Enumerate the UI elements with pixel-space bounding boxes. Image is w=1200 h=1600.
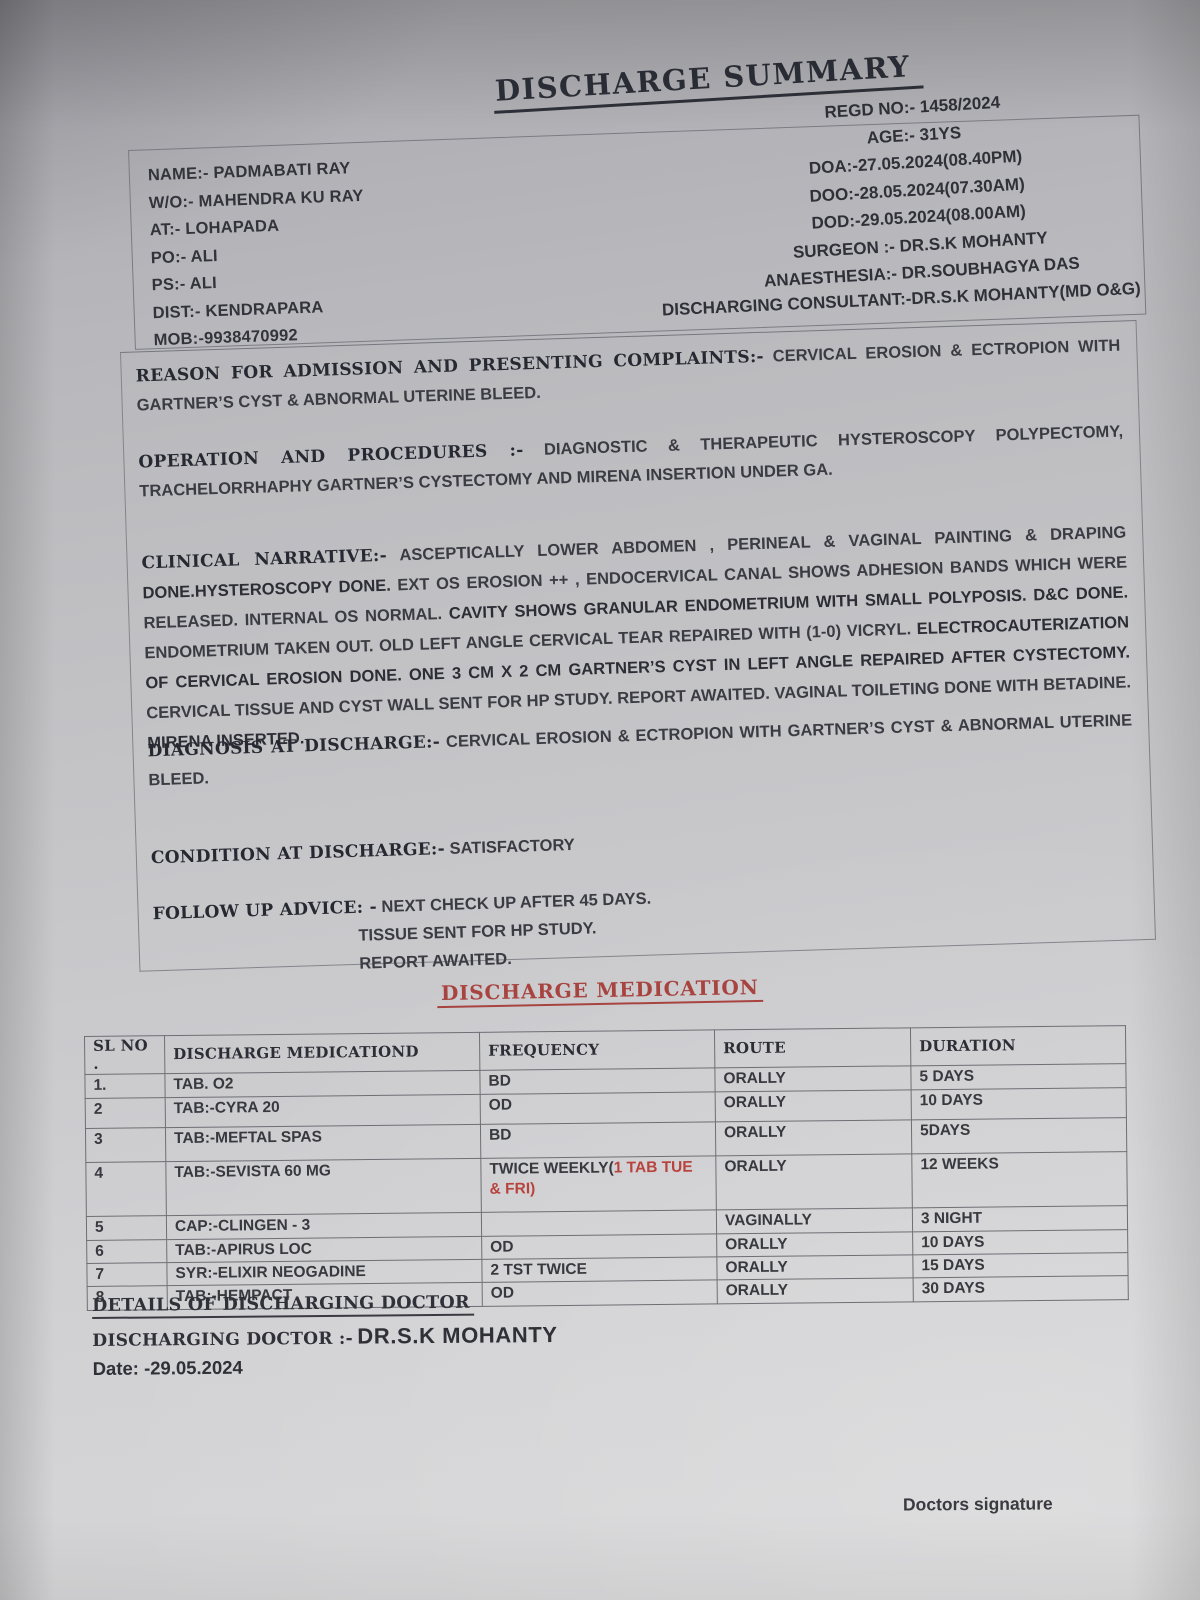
cell-duration: 12 WEEKS: [912, 1152, 1128, 1208]
condition-paragraph: CONDITION AT DISCHARGE:- SATISFACTORY: [150, 813, 1135, 873]
followup-line: NEXT CHECK UP AFTER 45 DAYS.: [381, 890, 651, 916]
cell-route: VAGINALLY: [716, 1208, 912, 1234]
cell-route: ORALLY: [717, 1255, 913, 1280]
scanned-discharge-summary: DISCHARGE SUMMARY NAME:- PADMABATI RAY W…: [0, 0, 1200, 1600]
col-duration-header: DURATION: [910, 1026, 1125, 1066]
discharging-doctor-name: DR.S.K MOHANTY: [357, 1322, 558, 1349]
frequency-text: 2 TST TWICE: [490, 1261, 587, 1279]
medication-table: SL NO . DISCHARGE MEDICATIOND FREQUENCY …: [84, 1025, 1129, 1311]
cell-duration: 15 DAYS: [913, 1253, 1128, 1278]
cell-route: ORALLY: [715, 1066, 911, 1092]
cell-medication: TAB. O2: [165, 1070, 480, 1097]
cell-duration: 5DAYS: [911, 1118, 1126, 1154]
discharging-doctor-line: DISCHARGING DOCTOR :- DR.S.K MOHANTY: [92, 1322, 558, 1352]
clinical-sections-box: REASON FOR ADMISSION AND PRESENTING COMP…: [120, 320, 1156, 972]
patient-info-block: NAME:- PADMABATI RAY W/O:- MAHENDRA KU R…: [147, 155, 368, 355]
cell-duration: 3 NIGHT: [912, 1206, 1127, 1232]
col-frequency-header: FREQUENCY: [479, 1030, 714, 1070]
frequency-text: BD: [488, 1073, 511, 1090]
cell-frequency: BD: [480, 1068, 715, 1094]
cell-route: ORALLY: [715, 1120, 911, 1156]
cell-medication: TAB:-CYRA 20: [165, 1094, 480, 1127]
details-of-discharging-doctor-heading: DETAILS OF DISCHARGING DOCTOR: [92, 1293, 474, 1319]
cell-serial: 5: [86, 1216, 166, 1241]
discharging-doctor-label: DISCHARGING DOCTOR :-: [92, 1329, 353, 1351]
discharge-date-line: Date: -29.05.2024: [93, 1354, 558, 1380]
col-route-header: ROUTE: [714, 1028, 910, 1068]
condition-heading: CONDITION AT DISCHARGE:-: [151, 839, 446, 868]
cell-duration: 5 DAYS: [911, 1064, 1126, 1090]
cell-serial: 1.: [85, 1074, 165, 1099]
header-box: NAME:- PADMABATI RAY W/O:- MAHENDRA KU R…: [128, 115, 1146, 350]
followup-advice-block: FOLLOW UP ADVICE: - NEXT CHECK UP AFTER …: [152, 869, 1139, 984]
cell-frequency: 2 TST TWICE: [482, 1257, 717, 1282]
cell-serial: 3: [85, 1128, 165, 1163]
cell-duration: 10 DAYS: [913, 1230, 1128, 1255]
narrative-segment: DONE.HYSTEROSCOPY DONE.: [142, 576, 397, 602]
cell-medication: TAB:-MEFTAL SPAS: [165, 1124, 480, 1161]
frequency-text: TWICE WEEKLY(: [489, 1159, 613, 1177]
registration-info-block: REGD NO:- 1458/2024 AGE:- 31YS DOA:-27.0…: [726, 83, 1108, 297]
cell-route: ORALLY: [715, 1090, 911, 1122]
doctors-signature-label: Doctors signature: [903, 1493, 1053, 1515]
cell-frequency: BD: [480, 1122, 715, 1158]
frequency-text: OD: [489, 1097, 512, 1114]
condition-body: SATISFACTORY: [449, 836, 575, 858]
discharge-medication-heading: DISCHARGE MEDICATION: [0, 978, 1200, 1005]
cell-serial: 4: [86, 1162, 167, 1217]
operation-procedures-paragraph: OPERATION AND PROCEDURES :- DIAGNOSTIC &…: [138, 418, 1124, 507]
cell-route: ORALLY: [717, 1278, 913, 1304]
diagnosis-heading: DIAGNOSIS AT DISCHARGE:-: [147, 732, 440, 761]
frequency-text: OD: [490, 1239, 513, 1256]
discharge-medication-heading-text: DISCHARGE MEDICATION: [437, 975, 763, 1008]
cell-medication: CAP:-CLINGEN - 3: [166, 1212, 481, 1239]
cell-frequency: OD: [482, 1234, 717, 1259]
cell-duration: 10 DAYS: [911, 1088, 1126, 1120]
col-serial-header: SL NO .: [85, 1036, 165, 1075]
col-medication-header: DISCHARGE MEDICATIOND: [165, 1032, 480, 1073]
reason-heading: REASON FOR ADMISSION AND PRESENTING COMP…: [135, 347, 764, 387]
cell-medication: SYR:-ELIXIR NEOGADINE: [167, 1259, 482, 1285]
cell-frequency: OD: [480, 1092, 715, 1124]
cell-frequency: TWICE WEEKLY(1 TAB TUE & FRI): [481, 1156, 717, 1212]
narrative-heading: CLINICAL NARRATIVE:-: [141, 546, 387, 574]
frequency-text: BD: [489, 1127, 512, 1144]
cell-medication: TAB:-SEVISTA 60 MG: [166, 1158, 482, 1215]
cell-medication: TAB:-APIRUS LOC: [167, 1236, 482, 1262]
cell-route: ORALLY: [716, 1154, 913, 1210]
cell-duration: 30 DAYS: [913, 1276, 1128, 1302]
cell-serial: 2: [85, 1098, 165, 1129]
cell-frequency: [481, 1210, 716, 1236]
cell-serial: 7: [87, 1263, 167, 1287]
discharging-doctor-block: DETAILS OF DISCHARGING DOCTOR DISCHARGIN…: [92, 1292, 558, 1380]
cell-route: ORALLY: [717, 1232, 913, 1257]
operation-heading: OPERATION AND PROCEDURES :-: [138, 440, 524, 472]
followup-heading: FOLLOW UP ADVICE: -: [152, 897, 377, 924]
cell-serial: 6: [87, 1240, 167, 1264]
